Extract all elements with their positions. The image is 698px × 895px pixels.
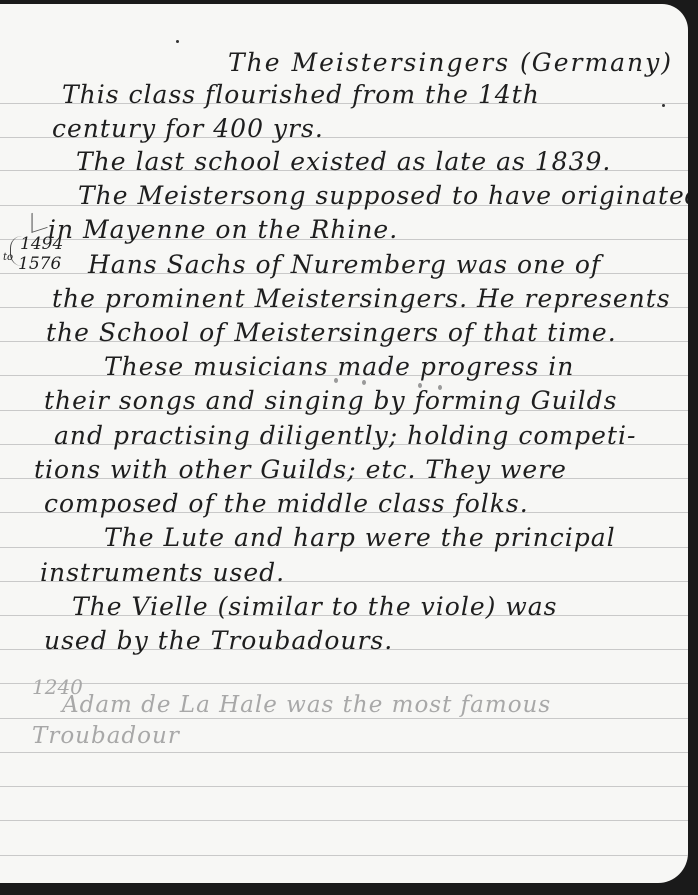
pencil-note-line: Troubadour bbox=[32, 723, 180, 749]
text-line: The Vielle (similar to the viole) was bbox=[72, 592, 557, 621]
text-line: their songs and singing by forming Guild… bbox=[44, 386, 618, 415]
ink-dot bbox=[662, 104, 665, 107]
ink-dot bbox=[176, 40, 179, 43]
text-line: tions with other Guilds; etc. They were bbox=[34, 455, 567, 484]
rule-line bbox=[0, 855, 688, 856]
text-line: the School of Meistersingers of that tim… bbox=[46, 318, 617, 347]
margin-note-year-end: 1576 bbox=[18, 254, 61, 274]
text-line: The Lute and harp were the principal bbox=[104, 523, 616, 552]
text-line: composed of the middle class folks. bbox=[44, 489, 529, 518]
page-title: The Meistersingers (Germany) bbox=[228, 48, 673, 77]
margin-note-prefix: to bbox=[3, 252, 13, 263]
text-line: This class flourished from the 14th bbox=[62, 80, 540, 109]
text-line: the prominent Meistersingers. He represe… bbox=[52, 284, 671, 313]
text-line: century for 400 yrs. bbox=[52, 114, 324, 143]
text-line: used by the Troubadours. bbox=[44, 626, 393, 655]
text-line: The Meistersong supposed to have origina… bbox=[78, 181, 688, 210]
text-line: instruments used. bbox=[40, 558, 285, 587]
text-line: These musicians made progress in bbox=[104, 352, 574, 381]
text-line: and practising diligently; holding compe… bbox=[54, 421, 636, 450]
rule-line bbox=[0, 683, 688, 684]
pencil-note-line: Adam de La Hale was the most famous bbox=[62, 692, 551, 718]
arrow-mark bbox=[32, 208, 48, 233]
text-line: Hans Sachs of Nuremberg was one of bbox=[88, 250, 601, 279]
margin-note-year-start: 1494 bbox=[20, 234, 63, 254]
text-line: The last school existed as late as 1839. bbox=[76, 147, 611, 176]
notebook-page: The Meistersingers (Germany) This class … bbox=[0, 4, 688, 883]
rule-line bbox=[0, 718, 688, 719]
rule-line bbox=[0, 786, 688, 787]
rule-line bbox=[0, 752, 688, 753]
text-line: in Mayenne on the Rhine. bbox=[48, 215, 398, 244]
rule-line bbox=[0, 820, 688, 821]
